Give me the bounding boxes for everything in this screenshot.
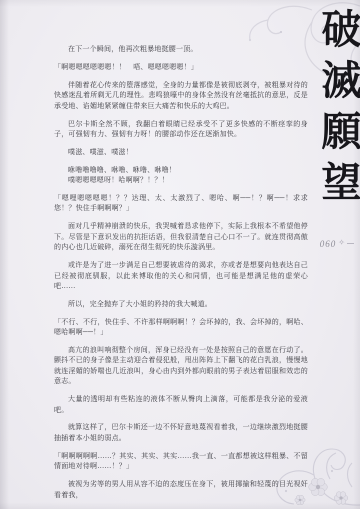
paragraph: 面对几乎精神崩溃的快乐，我哭喊着恳求他停下，实际上我根本不希望他停下。尽管是下意… (54, 221, 308, 252)
paragraph: 在下一个瞬间，他再次粗暴地挺腰一顶。 (54, 44, 308, 54)
paragraph-dialogue: 「不行、不行，快住手、不许那样啊啊啊！？会坏掉的，我、会坏掉的，啊哈、嗯哈啊啊─… (54, 317, 308, 338)
paragraph: 就算这样了，巴尔卡斯还一边不怀好意地蔑视看着我，一边继续激烈地挺腰抽插着本小姐的… (54, 422, 308, 443)
paragraph-sfx: 咻噜噜噜噜、咻噜、咻噜、咻噜！ (54, 165, 308, 175)
page-ornament-icon: ✧ (338, 239, 345, 247)
paragraph-dialogue: 「嗯哩嗯嗯嗯嗯！？？达理、太、太激烈了、嗯哈、啊──！？啊──！求求您！？快住手… (54, 193, 308, 214)
paragraph-dialogue: 「啊啊啊啊啊……？其实、其实、其实……我一直、一直都想被这样粗暴、不留情面地对待… (54, 451, 308, 472)
paragraph: 或许是为了进一步满足自己想要被虐待的渴求，亦或者是想要向他表达自己已经被彻底驯服… (54, 260, 308, 291)
paragraph: 高亢的浪叫响彻整个房间，浑身已经没有一处是按照自己的意愿在行动了。颤抖不已的身子… (54, 345, 308, 387)
paragraph-sfx: 噗嗯嗯嗯嗯呀！哈啊啊？！？！ (54, 175, 308, 185)
paragraph: 被视为劣等的男人用从容不迫的态度压在身下，被用揶揄和轻蔑的目光视奸看着我， (54, 479, 308, 500)
paragraph: 大量的透明却有些粘连的液体不断从臀肉上滴落，可能都是我分泌的爱液吧。 (54, 394, 308, 415)
page-number: 060 ✧ (320, 239, 354, 249)
novel-text-column: 在下一个瞬间，他再次粗暴地挺腰一顶。 「啊嗯嗯嗯嗯嗯嗯！！ 唔、嗯嗯嗯嗯嗯！」 … (54, 44, 308, 507)
page-ornament-line (347, 243, 354, 244)
paragraph-dialogue: 「啊嗯嗯嗯嗯嗯嗯！！ 唔、嗯嗯嗯嗯嗯！」 (54, 62, 308, 72)
novel-page-scan: 破滅願望 060 ✧ 在下一个瞬间，他再次粗暴地挺腰一顶。 「啊嗯嗯嗯嗯嗯嗯！！… (0, 0, 360, 509)
paragraph: 伴随着花心传来的堕落感觉，全身的力量都像是被彻底剥夺，被粗暴对待的快感迷乱着所剩… (54, 80, 308, 111)
page-number-value: 060 (320, 239, 337, 249)
book-title-vertical: 破滅願望 (318, 8, 358, 212)
paragraph: 巴尔卡斯全然不顾，我翻白着眼睛已经承受不了更多快感的不断痉挛的身子，可强韧有力、… (54, 119, 308, 140)
paragraph: 所以，完全抛弃了大小姐的矜持的我大喊道。 (54, 299, 308, 309)
paragraph-sfx: 噗滋、噗滋、噗滋！ (54, 147, 308, 157)
